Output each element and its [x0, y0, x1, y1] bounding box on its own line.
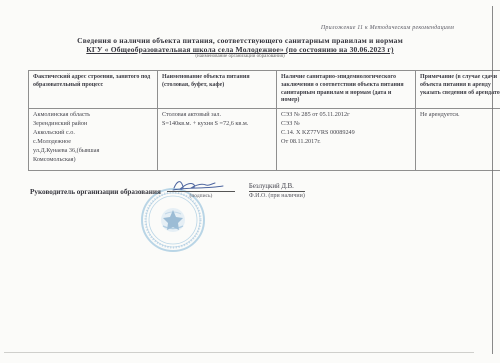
- cell-address: Акмолинская область Зерендинский район А…: [29, 109, 158, 171]
- handwritten-signature-icon: [171, 177, 229, 193]
- signature-caption: (подпись): [167, 193, 235, 199]
- appendix-note: Приложение 11 к Методическим рекомендаци…: [321, 25, 454, 31]
- signature-block: Руководитель организации образования(под…: [30, 181, 470, 199]
- sanitary-line: От 08.11.2017г.: [281, 138, 411, 147]
- header-address: Фактический адрес строения, занятого под…: [29, 71, 158, 109]
- signatory-role-label: Руководитель организации образования: [30, 188, 161, 196]
- sanitary-line: СЭЗ № 285 от 05.11.2012г: [281, 111, 411, 120]
- name-caption: Ф.И.О. (при наличии): [249, 193, 305, 199]
- header-note: Примечание (в случае сдачи объекта питан…: [416, 71, 500, 109]
- cell-facility: Столовая актовый зал. S=140кв.м. + кухня…: [158, 109, 277, 171]
- facility-line: S=140кв.м. + кухня S =72,6 кв.м.: [162, 120, 272, 129]
- header-sanitary-conclusion: Наличие санитарно-эпидемиологического за…: [277, 71, 416, 109]
- signature-area: (подпись): [167, 181, 235, 199]
- food-facility-table: Фактический адрес строения, занятого под…: [28, 70, 500, 171]
- address-line: Аккольский с.о.: [33, 129, 153, 138]
- signature-line: [167, 181, 235, 192]
- address-line: Акмолинская область: [33, 111, 153, 120]
- title-caption: (наименование организации образования): [0, 54, 480, 59]
- cell-note: Не арендуется.: [416, 109, 500, 171]
- signatory-name: Безлуцкий Д.В.: [249, 183, 305, 192]
- sanitary-line: СЭЗ №: [281, 120, 411, 129]
- table-header-row: Фактический адрес строения, занятого под…: [29, 71, 500, 109]
- document-subtitle: КГУ « Общеобразовательная школа села Мол…: [0, 45, 480, 54]
- facility-line: Столовая актовый зал.: [162, 111, 272, 120]
- signatory-name-area: Безлуцкий Д.В.Ф.И.О. (при наличии): [249, 183, 305, 199]
- table-row: Акмолинская область Зерендинский район А…: [29, 109, 500, 171]
- cell-sanitary: СЭЗ № 285 от 05.11.2012г СЭЗ № С.14. Х K…: [277, 109, 416, 171]
- sanitary-line: С.14. Х KZ77VRS 00089249: [281, 129, 411, 138]
- document-page: Приложение 11 к Методическим рекомендаци…: [0, 0, 500, 363]
- address-line: с.Молодежное: [33, 138, 153, 147]
- document-title: Сведения о наличии объекта питания, соот…: [0, 36, 480, 45]
- address-line: Зерендинский район: [33, 120, 153, 129]
- scan-page-edge-line: [492, 6, 493, 354]
- header-facility-name: Наименование объекта питания (столовая, …: [158, 71, 277, 109]
- address-line: Комсомольская): [33, 156, 153, 165]
- scan-bottom-edge-line: [4, 352, 474, 353]
- address-line: ул.Д.Кунаева 36,(бывшая: [33, 147, 153, 156]
